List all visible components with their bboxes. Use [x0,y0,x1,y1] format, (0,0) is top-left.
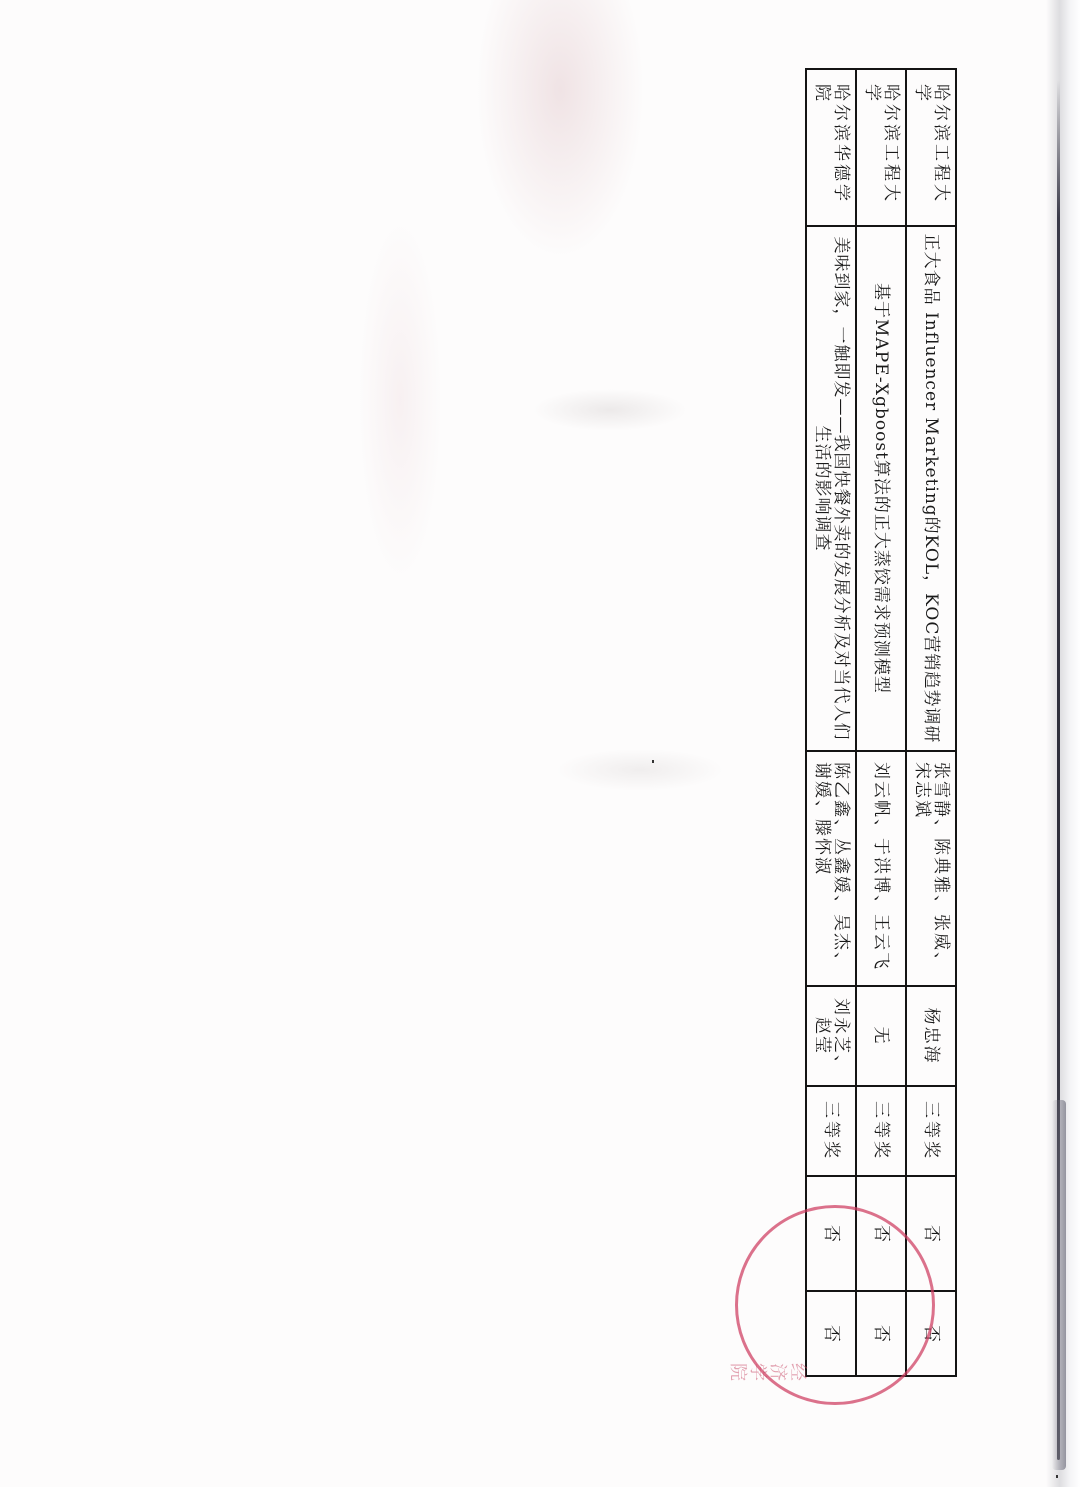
authors-cell: 陈乙鑫、丛鑫媛、吴杰、谢媛、滕怀淑 [806,751,856,986]
school-cell: 哈尔滨工程大学 [906,69,956,226]
table-row: 哈尔滨华德学院 美味到家，一触即发——我国快餐外卖的发展分析及对当代人们生活的影… [806,69,856,1376]
awards-table: 哈尔滨工程大学 正大食品 Influencer Marketing的KOL，KO… [805,68,957,1377]
yes-no-cell: 否 [856,1176,906,1291]
advisor-cell: 刘永芝、赵莹 [806,986,856,1086]
table-row: 哈尔滨工程大学 基于MAPE-Xgboost算法的正大蒸饺需求预测模型 刘云帆、… [856,69,906,1376]
awards-table-rotated: 哈尔滨工程大学 正大食品 Influencer Marketing的KOL，KO… [805,68,957,1375]
title-cell: 美味到家，一触即发——我国快餐外卖的发展分析及对当代人们生活的影响调查 [806,226,856,751]
yes-no-cell: 否 [906,1176,956,1291]
advisor-cell: 无 [856,986,906,1086]
page-edge-shade [1052,1100,1066,1470]
authors-cell: 张雪静、陈典雅、张威、宋志斌 [906,751,956,986]
scan-speck [652,760,654,763]
award-cell: 三等奖 [806,1086,856,1176]
school-cell: 哈尔滨工程大学 [856,69,906,226]
yes-no-cell: 否 [856,1291,906,1376]
award-cell: 三等奖 [906,1086,956,1176]
yes-no-cell: 否 [906,1291,956,1376]
school-cell: 哈尔滨华德学院 [806,69,856,226]
yes-no-cell: 否 [806,1291,856,1376]
award-cell: 三等奖 [856,1086,906,1176]
title-cell: 基于MAPE-Xgboost算法的正大蒸饺需求预测模型 [856,226,906,751]
table-row: 哈尔滨工程大学 正大食品 Influencer Marketing的KOL，KO… [906,69,956,1376]
scan-speck [1056,1475,1058,1478]
advisor-cell: 杨忠海 [906,986,956,1086]
yes-no-cell: 否 [806,1176,856,1291]
title-cell: 正大食品 Influencer Marketing的KOL，KOC营销趋势调研 [906,226,956,751]
authors-cell: 刘云帆、于洪博、王云飞 [856,751,906,986]
